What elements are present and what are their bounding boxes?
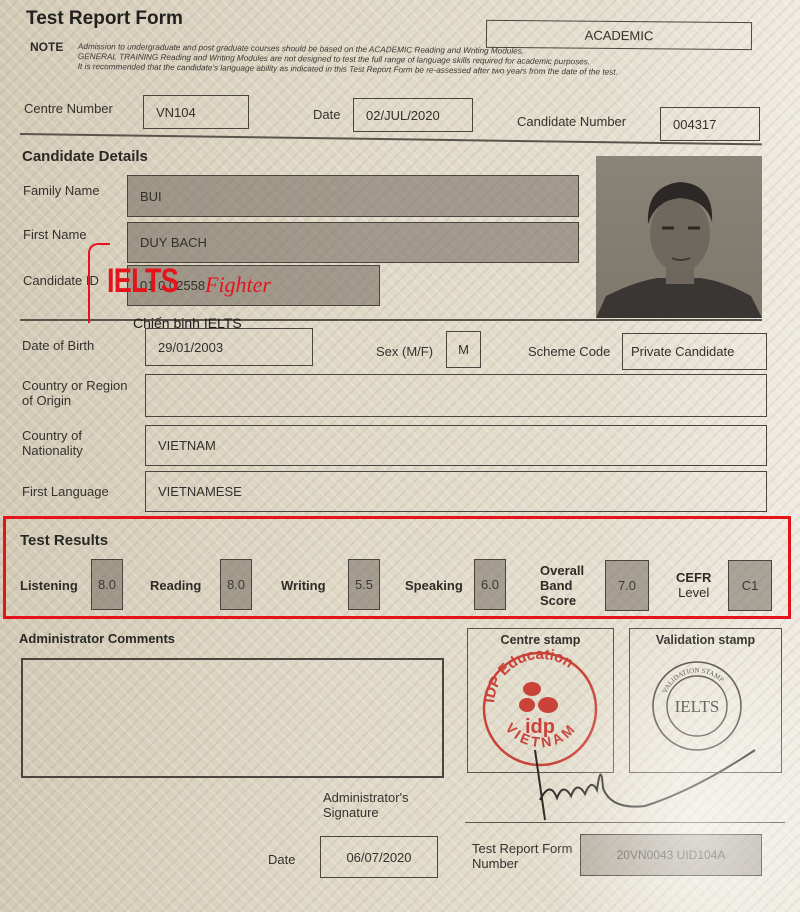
admin-comments-box — [21, 658, 444, 778]
first-language-field: VIETNAMESE — [145, 471, 767, 512]
issue-date-label: Date — [268, 852, 295, 867]
date-label: Date — [313, 107, 340, 122]
test-date-value: 02/JUL/2020 — [366, 108, 440, 123]
centre-number-field: VN104 — [143, 95, 249, 129]
admin-comments-title: Administrator Comments — [19, 631, 175, 646]
centre-number-label: Centre Number — [24, 101, 113, 116]
test-results-title: Test Results — [20, 532, 108, 549]
listening-score: 8.0 — [91, 559, 123, 610]
validation-stamp-title: Validation stamp — [630, 633, 781, 647]
watermark-brand: IELTS — [107, 262, 178, 301]
nationality-label-line-1: Country of — [22, 428, 83, 443]
listening-label: Listening — [20, 578, 78, 593]
admin-signature-label: Administrator'sSignature — [323, 790, 409, 820]
trf-number-value: 20VN0043 UID104A — [617, 848, 726, 862]
nationality-value: VIETNAM — [158, 438, 216, 453]
signature-scribble-icon — [525, 740, 785, 830]
sex-value: M — [458, 342, 469, 357]
centre-stamp-logo: idp — [525, 716, 555, 738]
signature-label-line-1: Administrator's — [323, 790, 409, 805]
first-name-value: DUY BACH — [140, 235, 207, 250]
overall-label-line-2: Band — [540, 578, 584, 593]
form-title: Test Report Form — [26, 8, 183, 30]
scheme-code-value: Private Candidate — [631, 344, 734, 359]
sex-field: M — [446, 331, 481, 368]
validation-stamp-text: IELTS — [675, 697, 720, 716]
candidate-photo — [596, 156, 762, 318]
cefr-label-line-2: Level — [676, 585, 711, 600]
issue-date-value: 06/07/2020 — [346, 850, 411, 865]
trf-number-field: 20VN0043 UID104A — [580, 834, 762, 876]
nationality-field: VIETNAM — [145, 425, 767, 466]
dob-field: 29/01/2003 — [145, 328, 313, 366]
speaking-score: 6.0 — [474, 559, 506, 610]
module-value: ACADEMIC — [585, 27, 654, 43]
issue-date-field: 06/07/2020 — [320, 836, 438, 878]
signature-line — [465, 822, 785, 823]
candidate-portrait-icon — [596, 156, 762, 318]
reading-label: Reading — [150, 578, 201, 593]
candidate-number-value: 004317 — [673, 117, 716, 132]
first-name-field: DUY BACH — [127, 222, 579, 263]
note-label: NOTE — [30, 40, 63, 54]
centre-number-value: VN104 — [156, 105, 196, 120]
speaking-label: Speaking — [405, 578, 463, 593]
overall-band-score: 7.0 — [605, 560, 649, 611]
test-date-field: 02/JUL/2020 — [353, 98, 473, 132]
nationality-label: Country ofNationality — [22, 428, 83, 458]
signature-label-line-2: Signature — [323, 805, 409, 820]
note-text: Admission to undergraduate and post grad… — [78, 42, 618, 78]
candidate-number-label: Candidate Number — [517, 114, 626, 129]
first-language-label: First Language — [22, 484, 109, 499]
first-name-label: First Name — [23, 227, 87, 242]
candidate-details-title: Candidate Details — [22, 148, 148, 165]
watermark-fighter: Fighter — [205, 272, 271, 298]
writing-score: 5.5 — [348, 559, 380, 610]
family-name-field: BUI — [127, 175, 579, 217]
dob-label: Date of Birth — [22, 338, 94, 353]
family-name-label: Family Name — [23, 183, 100, 198]
reading-score: 8.0 — [220, 559, 252, 610]
origin-label: Country or Regionof Origin — [22, 378, 128, 408]
cefr-label: CEFRLevel — [676, 570, 711, 600]
overall-label-line-1: Overall — [540, 563, 584, 578]
scheme-code-label: Scheme Code — [528, 344, 610, 359]
origin-label-line-1: Country or Region — [22, 378, 128, 393]
divider — [20, 319, 762, 321]
cefr-level: C1 — [728, 560, 772, 611]
first-language-value: VIETNAMESE — [158, 484, 242, 499]
trf-number-label: Test Report FormNumber — [472, 841, 572, 871]
origin-label-line-2: of Origin — [22, 393, 128, 408]
candidate-number-field: 004317 — [660, 107, 760, 141]
overall-label: OverallBandScore — [540, 563, 584, 608]
trf-label-line-1: Test Report Form — [472, 841, 572, 856]
module-box: ACADEMIC — [486, 20, 752, 50]
sex-label: Sex (M/F) — [376, 344, 433, 359]
nationality-label-line-2: Nationality — [22, 443, 83, 458]
scheme-code-field: Private Candidate — [622, 333, 767, 370]
dob-value: 29/01/2003 — [158, 340, 223, 355]
origin-field — [145, 374, 767, 417]
centre-stamp-title: Centre stamp — [468, 633, 613, 647]
family-name-value: BUI — [140, 189, 162, 204]
writing-label: Writing — [281, 578, 326, 593]
cefr-label-line-1: CEFR — [676, 570, 711, 585]
overall-label-line-3: Score — [540, 593, 584, 608]
trf-label-line-2: Number — [472, 856, 572, 871]
